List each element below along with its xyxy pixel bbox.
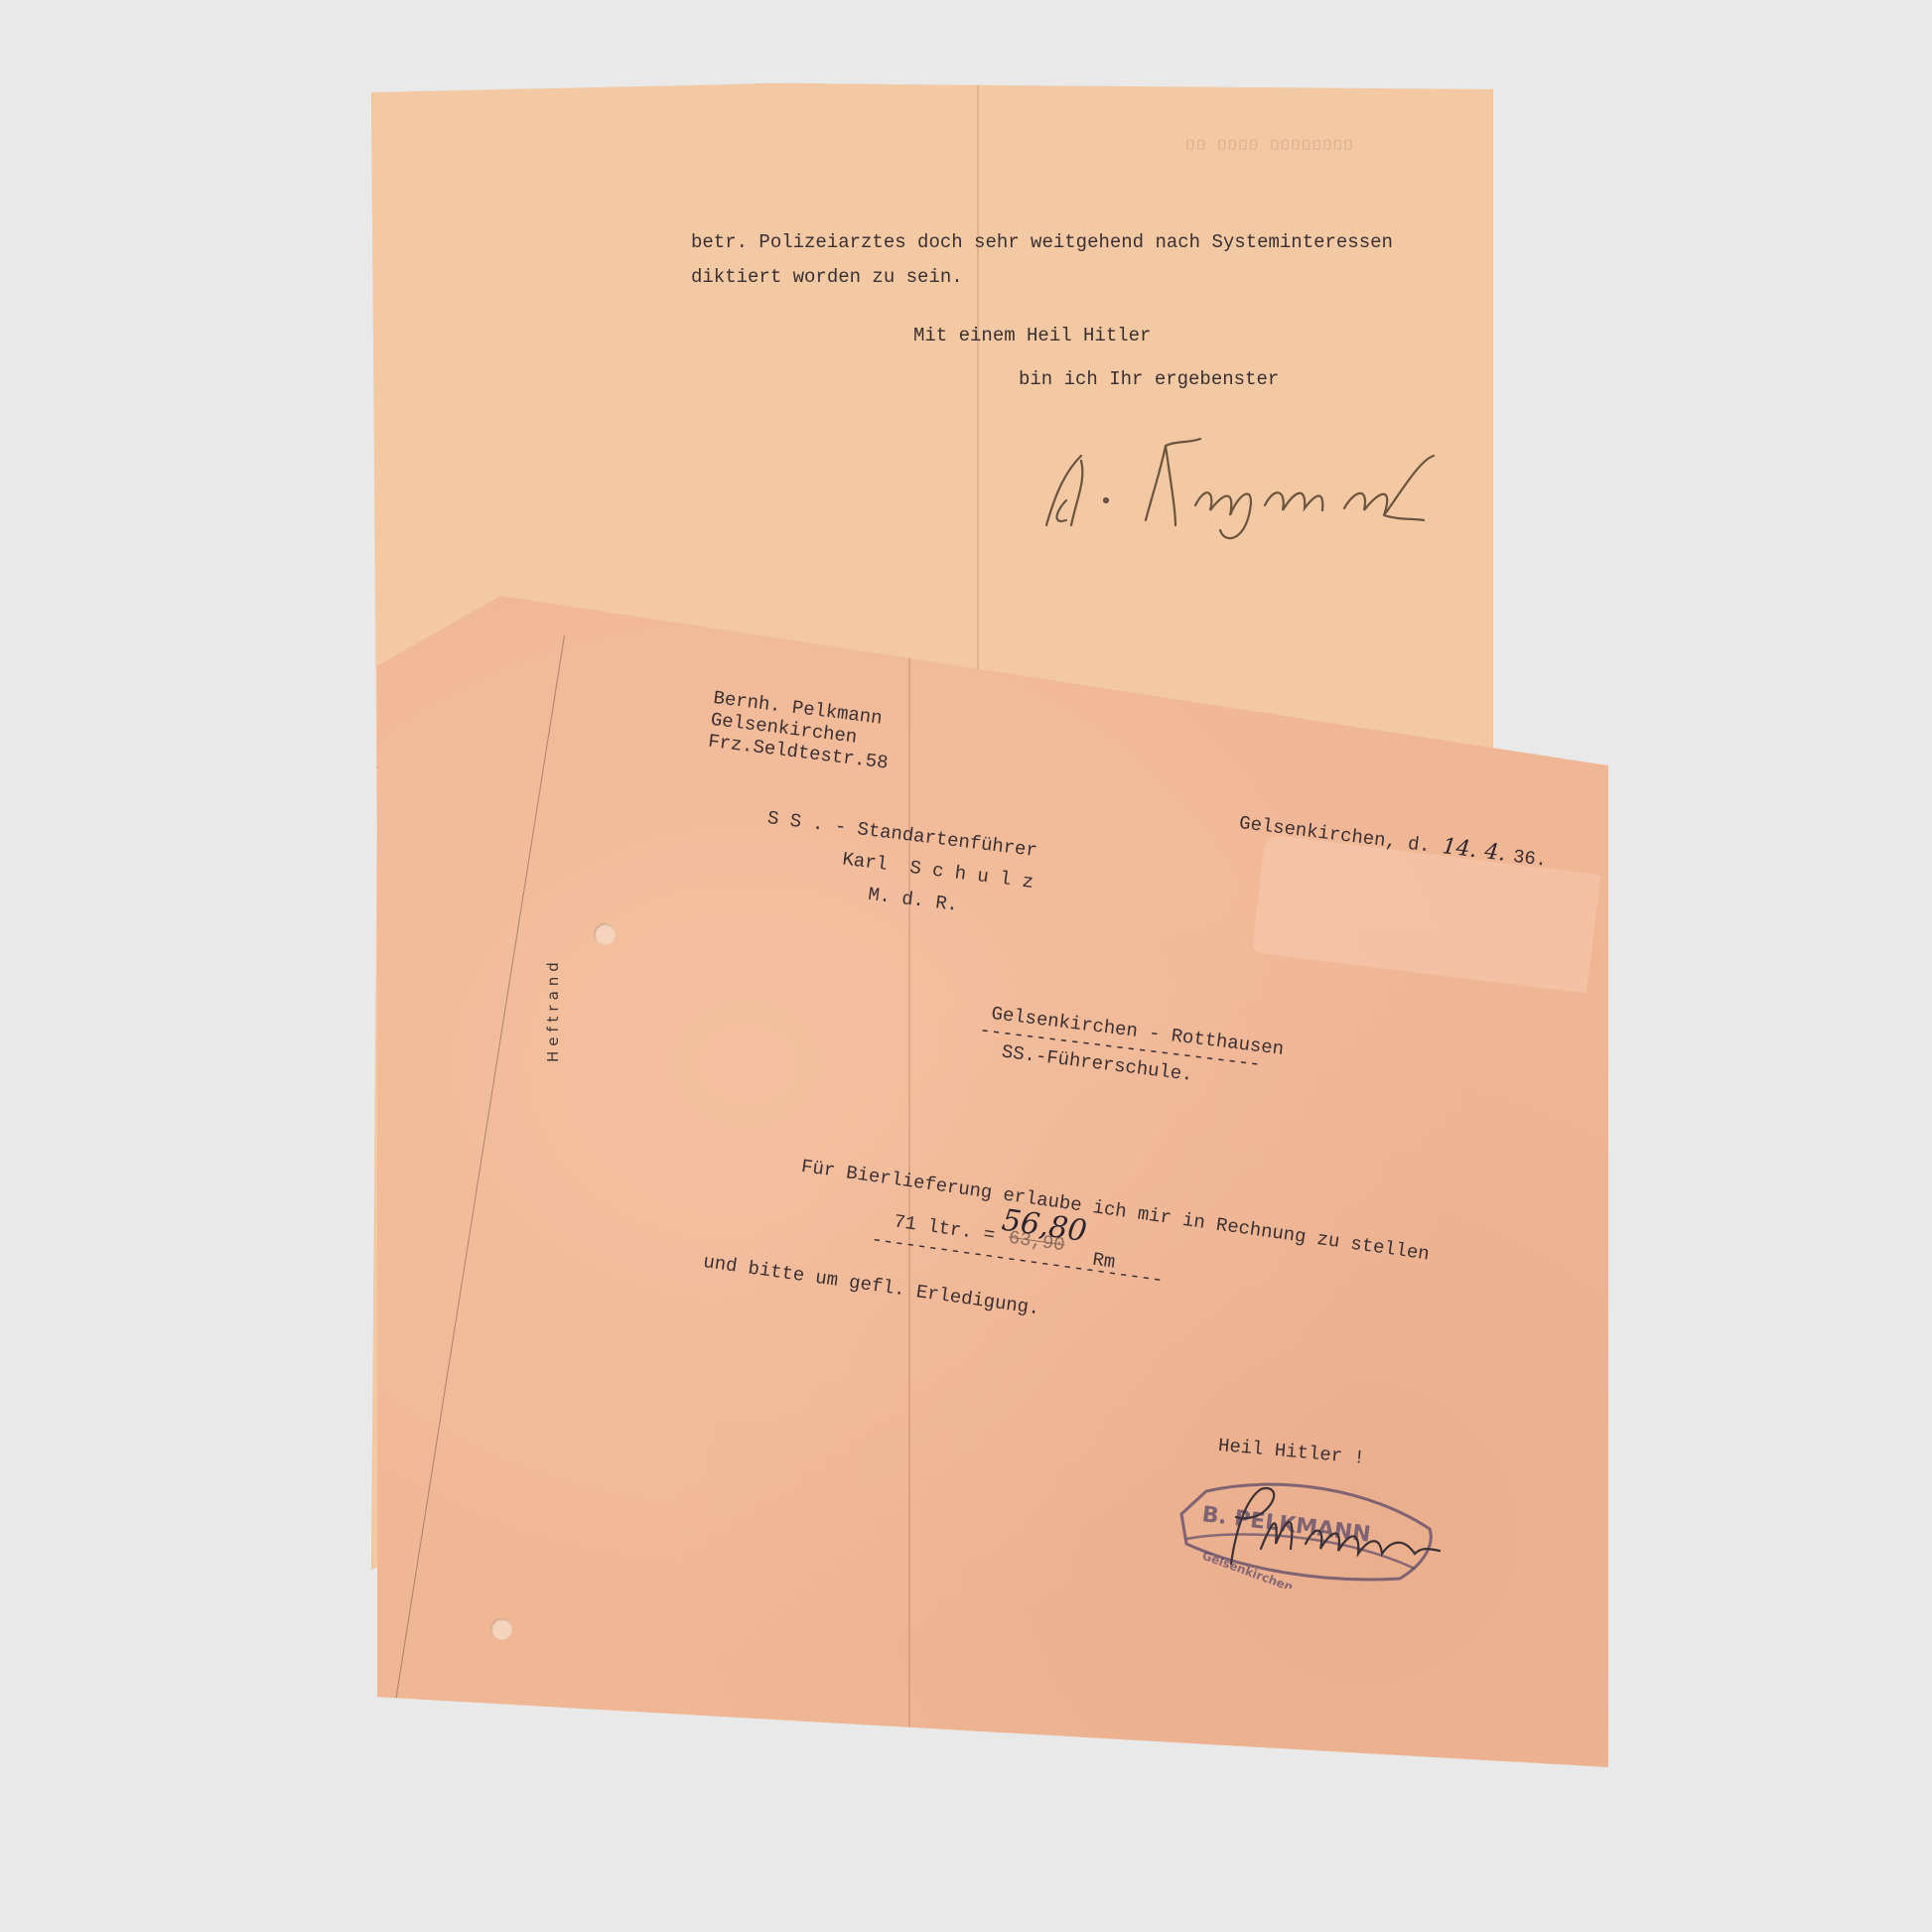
date-year: 36.: [1512, 846, 1549, 872]
punch-hole: [490, 1618, 512, 1640]
stamp-city: Gelsenkirchen,: [1200, 1549, 1300, 1588]
punch-hole: [594, 923, 616, 945]
company-stamp-icon: B. PELKMANN Gelsenkirchen,: [1162, 1469, 1459, 1588]
letter-body-line: diktiert worden zu sein.: [691, 266, 963, 288]
letter-body-line: betr. Polizeiarztes doch sehr weitgehend…: [691, 231, 1393, 253]
date-month: 4.: [1483, 839, 1507, 866]
signature-icon: [1027, 431, 1463, 540]
date-day: 14.: [1441, 834, 1478, 863]
margin-label: Heftrand: [544, 957, 562, 1062]
front-invoice: Heftrand Bernh. Pelkmann Gelsenkirchen F…: [377, 596, 1608, 1767]
letterhead-bleed-through: ŊŊ ŊŊŊŊ ŊŊŊŊŊŊŊŊ: [1185, 137, 1394, 159]
letter-closing: bin ich Ihr ergebenster: [1019, 368, 1279, 390]
letter-closing: Mit einem Heil Hitler: [913, 325, 1151, 346]
